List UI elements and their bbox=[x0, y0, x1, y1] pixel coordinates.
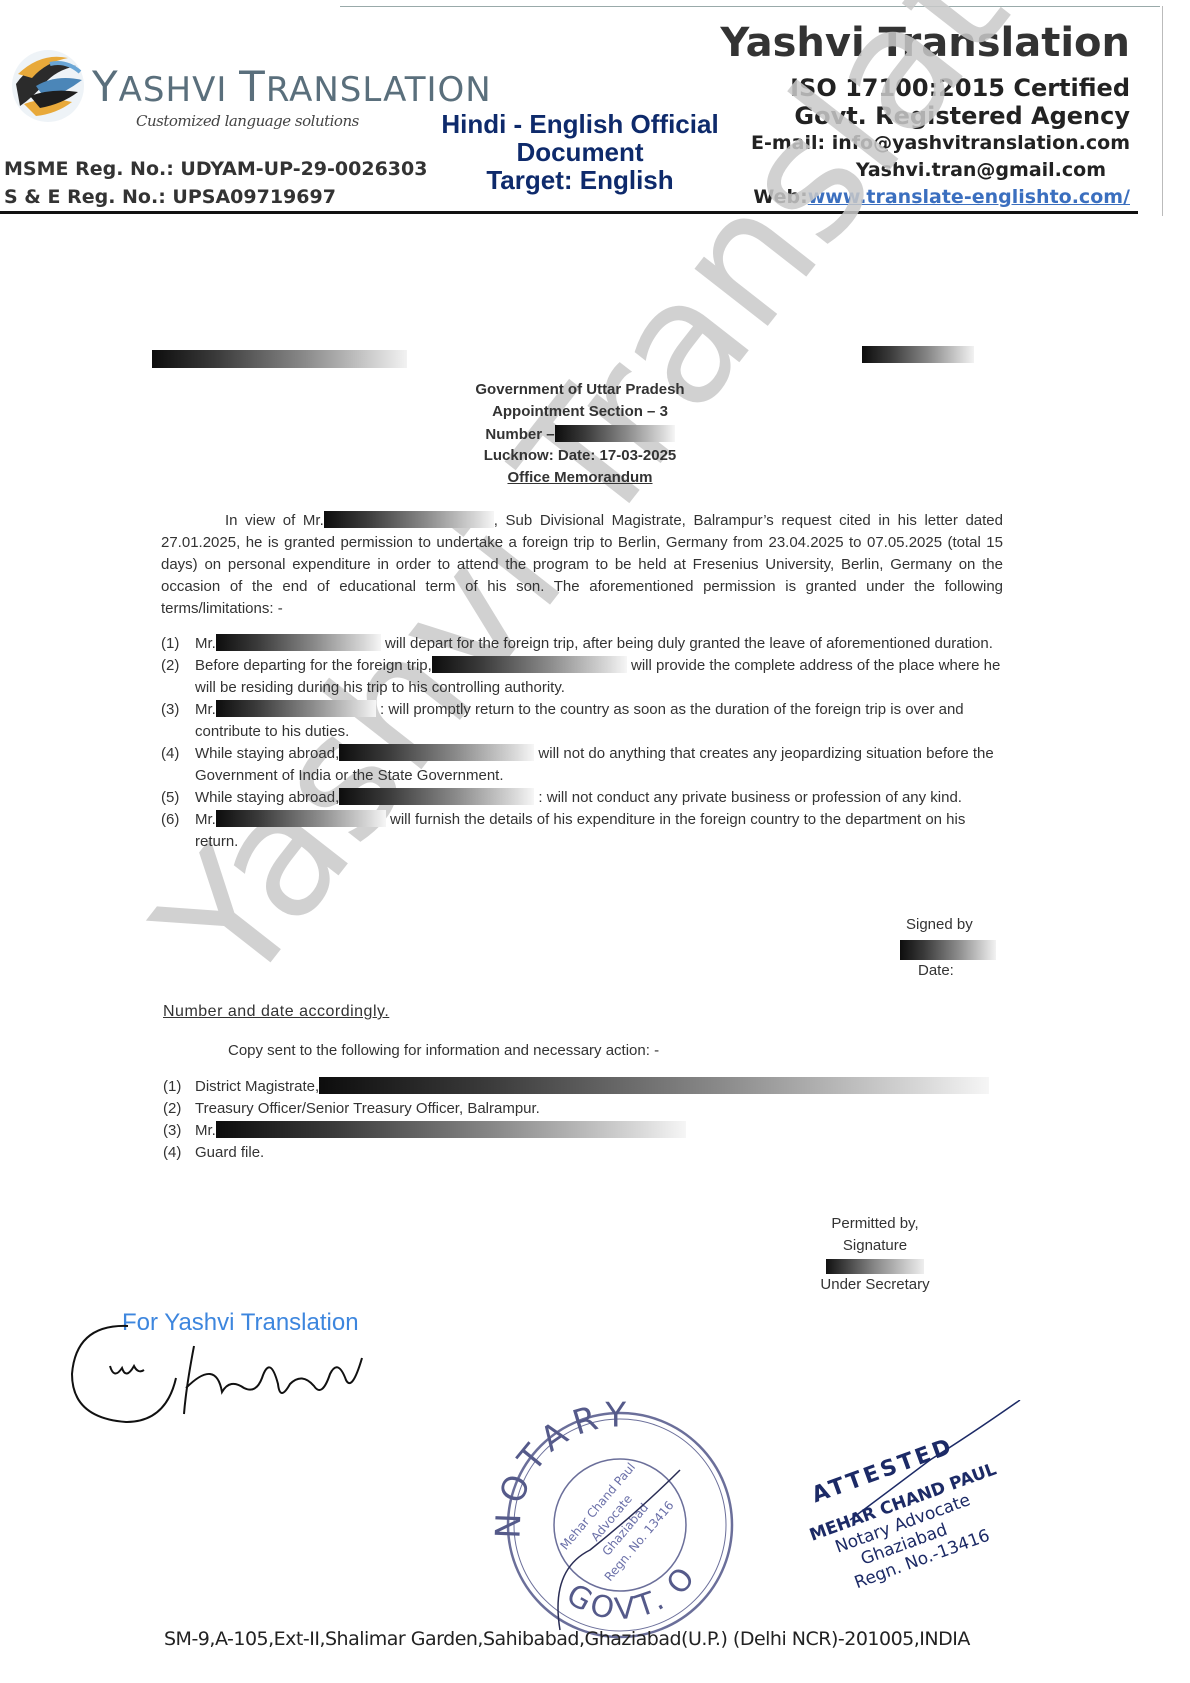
logo-tagline: Customized language solutions bbox=[136, 112, 359, 130]
number-date-note: Number and date accordingly. bbox=[163, 1003, 389, 1021]
copy-item: (3)Mr. bbox=[163, 1120, 1023, 1142]
terms-list: (1)Mr. will depart for the foreign trip,… bbox=[161, 633, 1003, 853]
signed-date-label: Date: bbox=[918, 962, 954, 979]
memo-government: Government of Uttar Pradesh bbox=[400, 381, 760, 398]
attested-seal: ATTESTED MEHAR CHAND PAUL Notary Advocat… bbox=[790, 1400, 1030, 1600]
redacted-header-right bbox=[862, 346, 974, 363]
term-item: (6)Mr. will furnish the details of his e… bbox=[161, 809, 1003, 853]
redacted-header-left bbox=[152, 350, 407, 368]
redacted-text bbox=[319, 1077, 989, 1094]
redacted-signature bbox=[826, 1259, 924, 1274]
redacted-name bbox=[339, 788, 534, 805]
term-item: (4)While staying abroad, will not do any… bbox=[161, 743, 1003, 787]
copy-item: (4)Guard file. bbox=[163, 1142, 1023, 1164]
memo-date: Lucknow: Date: 17-03-2025 bbox=[400, 447, 760, 464]
copy-item: (2)Treasury Officer/Senior Treasury Offi… bbox=[163, 1098, 1023, 1120]
memo-section: Appointment Section – 3 bbox=[400, 403, 760, 420]
term-item: (2)Before departing for the foreign trip… bbox=[161, 655, 1003, 699]
permitted-by-block: Permitted by, Signature Under Secretary bbox=[800, 1213, 950, 1296]
globe-logo-icon bbox=[6, 44, 86, 126]
logo-wordmark: YASHVI TRANSLATION bbox=[92, 62, 492, 111]
notary-stamp: NOTARY GOVT. OF INDIA Mehar Chand Paul A… bbox=[490, 1400, 750, 1650]
memo-number: Number – bbox=[400, 425, 760, 443]
redacted-name bbox=[216, 634, 381, 651]
signed-by-label: Signed by bbox=[906, 916, 973, 933]
right-border-line bbox=[1162, 6, 1163, 216]
msme-registration: MSME Reg. No.: UDYAM-UP-29-0026303 bbox=[4, 158, 427, 180]
copy-item: (1)District Magistrate, bbox=[163, 1076, 1023, 1098]
redacted-signatory bbox=[900, 940, 996, 960]
redacted-name bbox=[324, 511, 494, 528]
copy-to-list: (1)District Magistrate, (2)Treasury Offi… bbox=[163, 1076, 1023, 1164]
footer-address: SM-9,A-105,Ext-II,Shalimar Garden,Sahiba… bbox=[164, 1628, 970, 1650]
term-item: (3)Mr. : will promptly return to the cou… bbox=[161, 699, 1003, 743]
redacted-name bbox=[216, 700, 376, 717]
se-registration: S & E Reg. No.: UPSA09719697 bbox=[4, 186, 336, 208]
term-item: (5)While staying abroad, : will not cond… bbox=[161, 787, 1003, 809]
redacted-name bbox=[216, 810, 386, 827]
translator-signature bbox=[66, 1318, 406, 1438]
signature-label: Signature bbox=[800, 1235, 950, 1257]
memo-title: Office Memorandum bbox=[400, 469, 760, 486]
designation-label: Under Secretary bbox=[800, 1274, 950, 1296]
term-item: (1)Mr. will depart for the foreign trip,… bbox=[161, 633, 1003, 655]
copy-to-heading: Copy sent to the following for informati… bbox=[228, 1042, 659, 1059]
redacted-name bbox=[432, 656, 627, 673]
redacted-name bbox=[339, 744, 534, 761]
redacted-number bbox=[555, 425, 675, 442]
redacted-text bbox=[216, 1121, 686, 1138]
header-divider bbox=[0, 211, 1138, 214]
permitted-by-label: Permitted by, bbox=[800, 1213, 950, 1235]
memo-paragraph: In view of Mr., Sub Divisional Magistrat… bbox=[161, 510, 1003, 620]
